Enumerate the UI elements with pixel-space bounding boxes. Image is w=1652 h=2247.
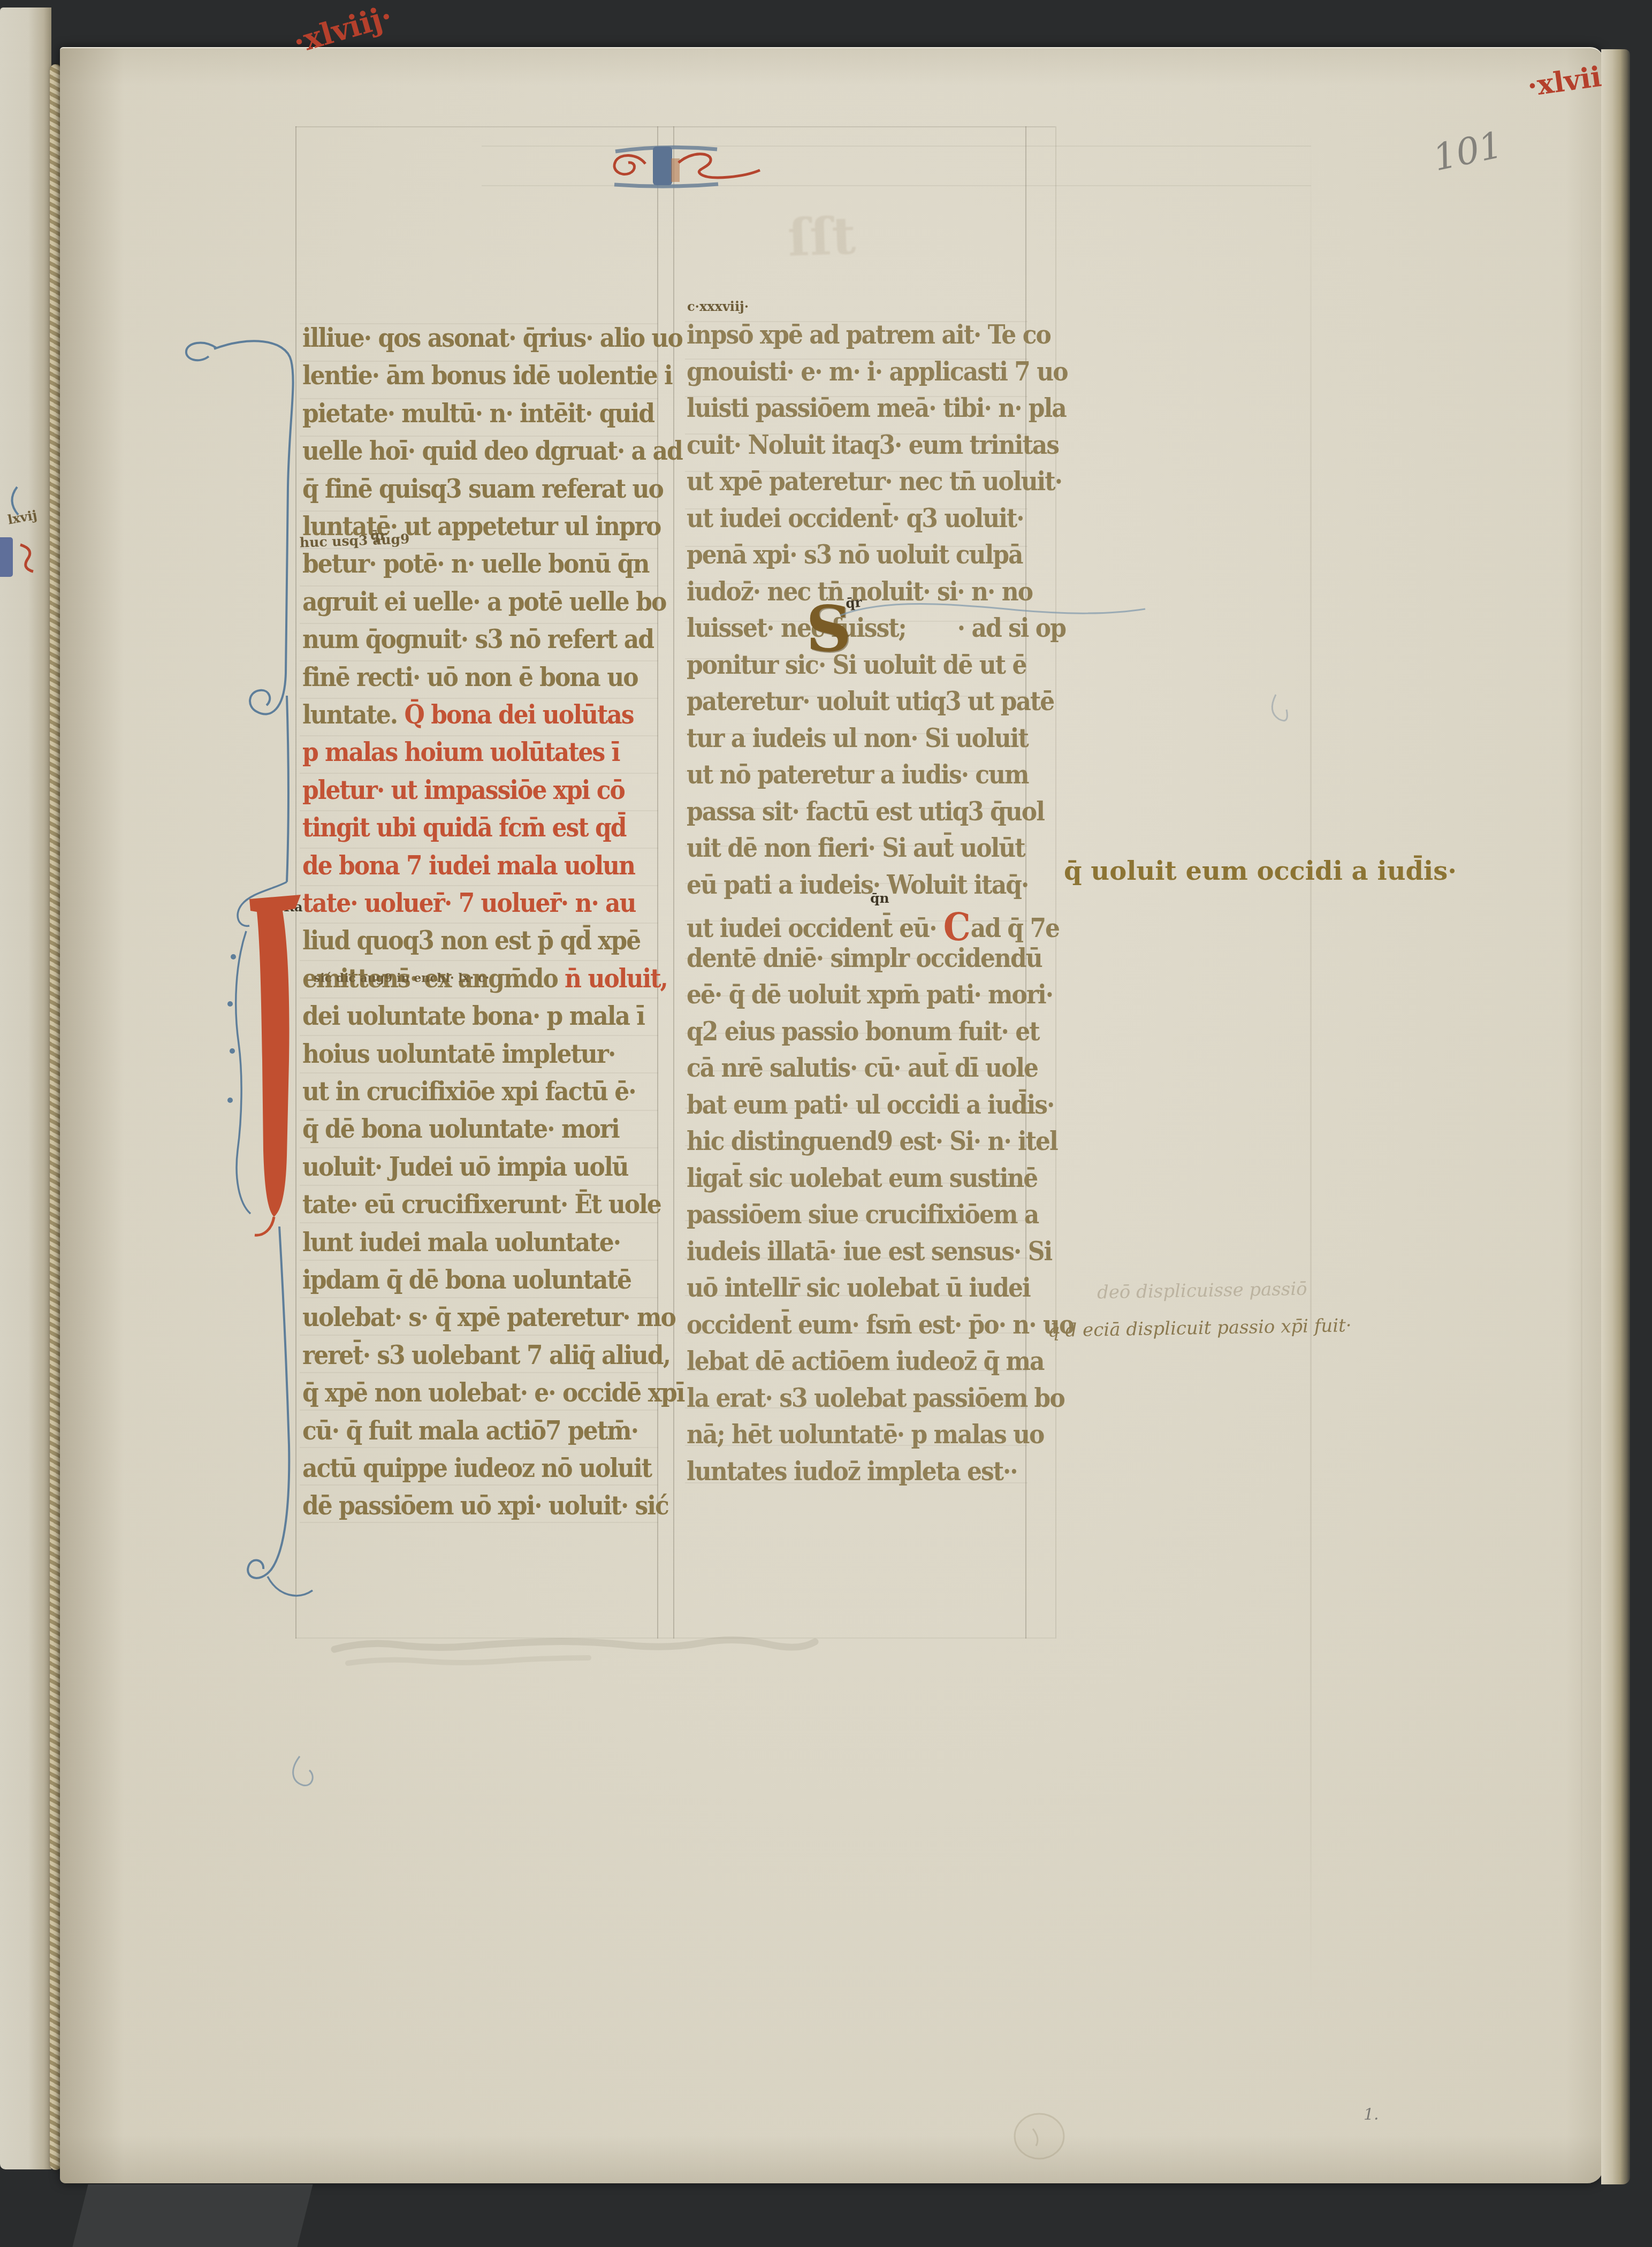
text-line: reret̄· s3 uolebant 7 aliq̄ aliud, — [302, 1343, 670, 1369]
text-segment: nā; hēt uoluntatē· p malas uo — [687, 1420, 1044, 1450]
title-rule — [482, 146, 1311, 147]
text-segment: dei uoluntate bona· p mala ī — [302, 1001, 644, 1032]
text-line: uelle hoī· quid deo dgruat· a ad — [302, 438, 682, 464]
text-line: finē recti· uō non ē bona uo — [302, 665, 637, 691]
text-line: la erat· s3 uolebat passiōem bo — [687, 1385, 1064, 1412]
text-line: ipdam q̄ dē bona uoluntatē — [302, 1267, 631, 1293]
text-line: q̄ xpē non uolebat· e· occidē xpī — [302, 1380, 684, 1406]
text-segment: passiōem siue crucifixiōem a — [687, 1200, 1038, 1230]
text-line: dei uoluntate bona· p mala ī — [302, 1003, 644, 1030]
text-segment: agruit ei uelle· a potē uelle bo — [302, 586, 666, 617]
text-segment: ut iudei occident̄· q3 uoluit· — [687, 503, 1024, 534]
manuscript-photograph: ·xlviij· ·xlvii 101 c·xxxviij· illiue· q… — [0, 0, 1652, 2247]
text-line: cā nrē salutis· cū· aut̄ dī uole — [687, 1055, 1038, 1081]
text-segment: ut nō pateretur a iudis· cum — [687, 760, 1029, 790]
text-segment: luntate. — [302, 700, 404, 730]
text-segment: ad q̄ 7e — [971, 913, 1059, 943]
frame-rule — [295, 1637, 1055, 1639]
text-segment: cū· q̄ fuit mala actiō7 petm̄· — [302, 1415, 638, 1446]
frame-rule — [295, 126, 1055, 127]
text-line: occident̄ eum· fsm̄ est· p̄o· n· uo — [687, 1312, 1074, 1338]
text-segment: lebat dē actiōem iudeoz̄ q̄ ma — [687, 1346, 1044, 1377]
text-line: uolebat· s· q̄ xpē pateretur· mo — [302, 1305, 675, 1331]
text-segment: lentie· ām bonus idē uolentie i — [302, 361, 672, 391]
text-line: uō intellr̄ sic uolebat ū iudei — [687, 1275, 1030, 1301]
text-line: dentē dniē· simplr occidendū — [687, 946, 1042, 972]
text-line: inpsō xpē ad patrem ait· Te co — [687, 322, 1050, 348]
margin-note-erased: deō displicuisse passiō — [1097, 1278, 1307, 1304]
text-segment: finē recti· uō non ē bona uo — [302, 662, 637, 692]
text-segment: cā nrē salutis· cū· aut̄ dī uole — [687, 1053, 1038, 1084]
text-line: ut iudei occident̄ eū· Cad q̄ 7e — [687, 909, 1059, 947]
text-segment: de bona 7 iudei mala uolun — [302, 850, 635, 881]
text-segment: hoius uoluntatē impletur· — [302, 1039, 615, 1069]
column-rule — [295, 126, 296, 1639]
text-segment: p malas hoium uolūtates ī — [302, 737, 619, 768]
text-line: ponitur sic· Si uoluit dē ut ē — [687, 652, 1026, 679]
margin-note-voluit: q̄ uoluit eum occidi a iud̄is· — [1064, 856, 1457, 886]
text-line: pateretur· uoluit utiq3 ut patē — [687, 689, 1054, 715]
text-line: bat eum pati· ul occidi a iud̄is· — [687, 1092, 1054, 1118]
text-segment: ipdam q̄ dē bona uoluntatē — [302, 1265, 631, 1296]
text-line: passiōem siue crucifixiōem a — [687, 1202, 1038, 1228]
text-segment: · ad si op — [957, 613, 1065, 644]
text-line: ut xpē pateretur· nec tn̄ uoluit· — [687, 469, 1062, 495]
cover-edge — [72, 2184, 313, 2247]
text-segment: liud quoq3 non est p̄ qd̄ xpē — [302, 926, 640, 956]
text-line: actū quippe iudeoz nō uoluit — [302, 1456, 651, 1482]
text-line: q̄ finē quisq3 suam referat uo — [302, 476, 663, 502]
text-line: de bona 7 iudei mala uolun — [302, 853, 635, 879]
text-line: lebat dē actiōem iudeoz̄ q̄ ma — [687, 1349, 1044, 1375]
text-segment: ligat̄ sic uolebat eum sustinē — [687, 1163, 1037, 1193]
text-segment: luisti passiōem meā· tibi· n· pla — [687, 393, 1066, 424]
gloss-responsio: R̄a — [284, 899, 303, 915]
text-segment: tate· uoluer̄· 7 uoluer̄· n· au — [302, 888, 636, 919]
text-segment: dentē dniē· simplr occidendū — [687, 943, 1042, 973]
text-line: luntate. Q̄ bona dei uolūtas — [302, 702, 634, 728]
text-line: passa sit· factū est utiq3 q̄uol — [687, 799, 1044, 825]
text-segment: dē passiōem uō xpi· uoluit· sić — [302, 1491, 668, 1521]
parchment-crease — [1581, 139, 1582, 1980]
text-segment: illiue· qos asonat· q̄rius· alio uo — [302, 323, 682, 354]
text-segment: uit dē non fieri· Si aut̄ uolūt — [687, 833, 1025, 864]
text-segment: pietate· multū· n· intēit· quid — [302, 398, 654, 429]
parchment-crease — [1310, 128, 1312, 2012]
next-folio-header-clip: ·xlvii — [1525, 60, 1603, 113]
gloss-qr-right: q̄r — [845, 595, 863, 611]
text-line: q̄ dē bona uoluntate· mori — [302, 1116, 619, 1142]
facing-page-sliver — [0, 7, 51, 2169]
text-segment: betur· potē· n· uelle bonū q̄n — [302, 549, 649, 580]
text-line: num q̄ognuit· s3 nō refert ad — [302, 627, 653, 653]
text-line: ut in crucifixiōe xpi factū ē· — [302, 1079, 636, 1105]
text-segment: eē· q̄ dē uoluit xpm̄ pati· mori· — [687, 980, 1053, 1010]
text-segment: iudeis illatā· iue est sensus· Si — [687, 1236, 1052, 1267]
text-line: penā xpi· s3 nō uoluit culpā — [687, 542, 1022, 568]
text-line: lunt iudei mala uoluntate· — [302, 1230, 620, 1256]
ghost-offset-letters: ſſt — [787, 205, 857, 268]
text-segment: Q̄ bona dei uolūtas — [404, 700, 633, 730]
gloss-qn-right: q̄n — [870, 890, 889, 906]
text-line: uoluit· Judei uō impia uolū — [302, 1154, 628, 1180]
text-line: q2 eius passio bonum fuit· et — [687, 1019, 1039, 1045]
text-segment: num q̄ognuit· s3 nō refert ad — [302, 624, 653, 655]
text-line: luntates iudoz̄ impleta est·· — [687, 1459, 1017, 1485]
text-segment: tate· eū crucifixerunt· Ēt uole — [302, 1190, 661, 1220]
text-segment: tingit ubi quidā fcm̄ est qd̄ — [302, 813, 626, 843]
text-segment: uō intellr̄ sic uolebat ū iudei — [687, 1273, 1030, 1304]
text-segment: uoluit· Judei uō impia uolū — [302, 1152, 628, 1182]
text-line: p malas hoium uolūtates ī — [302, 740, 619, 766]
text-segment: ut xpē pateretur· nec tn̄ uoluit· — [687, 467, 1062, 497]
text-line: liud quoq3 non est p̄ qd̄ xpē — [302, 928, 640, 954]
text-line: hoius uoluntatē impletur· — [302, 1041, 615, 1068]
text-segment: ponitur sic· Si uoluit dē ut ē — [687, 650, 1026, 680]
text-segment: luisset· nec fuisst; — [687, 613, 906, 644]
text-segment: pateretur· uoluit utiq3 ut patē — [687, 687, 1054, 717]
text-line: tingit ubi quidā fcm̄ est qd̄ — [302, 815, 626, 841]
page-stack-fore-edge — [1601, 49, 1630, 2184]
text-segment: occident̄ eum· fsm̄ est· p̄o· n· uo — [687, 1309, 1074, 1340]
text-line: cū· q̄ fuit mala actiō7 petm̄· — [302, 1418, 638, 1444]
text-segment: passa sit· factū est utiq3 q̄uol — [687, 796, 1044, 827]
text-segment: hic distinguend9 est· Si· n· itel — [687, 1126, 1057, 1157]
chapter-heading: c·xxxviij· — [687, 299, 749, 314]
text-segment: inpsō xpē ad patrem ait· Te co — [687, 320, 1050, 351]
text-line: gnouisti· e· m· i· applicasti 7 uo — [687, 359, 1068, 385]
text-line: eū pati a iudeis· Woluit itaq̄· — [687, 872, 1028, 898]
text-line: agruit ei uelle· a potē uelle bo — [302, 589, 666, 615]
text-segment: ut in crucifixiōe xpi factū ē· — [302, 1077, 636, 1107]
text-line: ut nō pateretur a iudis· cum — [687, 762, 1029, 788]
text-line: eē· q̄ dē uoluit xpm̄ pati· mori· — [687, 982, 1053, 1008]
text-segment: uelle hoī· quid deo dgruat· a ad — [302, 436, 682, 467]
text-line: tate· uoluer̄· 7 uoluer̄· n· au — [302, 890, 636, 917]
text-line: iudeis illatā· iue est sensus· Si — [687, 1239, 1052, 1265]
text-segment: ut iudei occident̄ eū· — [687, 913, 943, 943]
text-segment: luntates iudoz̄ impleta est·· — [687, 1456, 1017, 1487]
gloss-qr-left: q̄r — [370, 528, 387, 543]
text-segment: pletur· ut impassiōe xpi cō — [302, 775, 625, 805]
text-line: nā; hēt uoluntatē· p malas uo — [687, 1422, 1044, 1448]
text-segment: uolebat· s· q̄ xpē pateretur· mo — [302, 1303, 675, 1333]
text-segment: eū pati a iudeis· Woluit itaq̄· — [687, 870, 1028, 900]
text-line: hic distinguend9 est· Si· n· itel — [687, 1129, 1057, 1155]
text-segment: gnouisti· e· m· i· applicasti 7 uo — [687, 356, 1068, 387]
text-line: tur a iudeis ul non· Si uoluit — [687, 726, 1028, 752]
decorated-initial-s: S — [806, 597, 851, 660]
text-segment: bat eum pati· ul occidi a iud̄is· — [687, 1090, 1054, 1120]
gloss-sic-dicit-augustinus: sić dić aug9 in enchi· lx· c· — [314, 971, 489, 985]
text-segment: actū quippe iudeoz nō uoluit — [302, 1453, 651, 1484]
text-line: pietate· multū· n· intēit· quid — [302, 401, 654, 427]
text-segment: q̄ dē bona uoluntate· mori — [302, 1114, 619, 1145]
text-segment: cuit· Noluit itaq3· eum trinitas — [687, 430, 1059, 460]
text-line: luisset· nec fuisst;· ad si op — [687, 615, 1065, 642]
text-segment: tur a iudeis ul non· Si uoluit — [687, 723, 1028, 753]
text-segment: n̄ uoluit, — [565, 963, 667, 994]
text-segment: q̄ xpē non uolebat· e· occidē xpī — [302, 1378, 684, 1408]
text-line: ligat̄ sic uolebat eum sustinē — [687, 1166, 1037, 1192]
text-segment: q2 eius passio bonum fuit· et — [687, 1016, 1039, 1047]
text-segment: reret̄· s3 uolebant 7 aliq̄ aliud, — [302, 1340, 670, 1370]
title-rule — [482, 185, 1311, 186]
text-line: uit dē non fieri· Si aut̄ uolūt — [687, 835, 1025, 862]
next-folio-roman-numeral: ·xlvii — [1525, 60, 1603, 103]
text-line: cuit· Noluit itaq3· eum trinitas — [687, 432, 1059, 459]
pencil-mark-bottom: 1. — [1364, 2105, 1379, 2124]
text-segment: la erat· s3 uolebat passiōem bo — [687, 1383, 1064, 1413]
text-line: pletur· ut impassiōe xpi cō — [302, 778, 625, 804]
text-line: illiue· qos asonat· q̄rius· alio uo — [302, 325, 682, 352]
text-segment: penā xpi· s3 nō uoluit culpā — [687, 540, 1022, 570]
text-line: ut iudei occident̄· q3 uoluit· — [687, 506, 1024, 532]
text-line: dē passiōem uō xpi· uoluit· sić — [302, 1493, 668, 1519]
text-line: betur· potē· n· uelle bonū q̄n — [302, 551, 649, 577]
text-line: lentie· ām bonus idē uolentie i — [302, 363, 672, 389]
text-segment: lunt iudei mala uoluntate· — [302, 1227, 620, 1258]
text-line: tate· eū crucifixerunt· Ēt uole — [302, 1192, 661, 1218]
text-line: luisti passiōem meā· tibi· n· pla — [687, 395, 1066, 422]
text-segment: q̄ finē quisq3 suam referat uo — [302, 474, 663, 504]
